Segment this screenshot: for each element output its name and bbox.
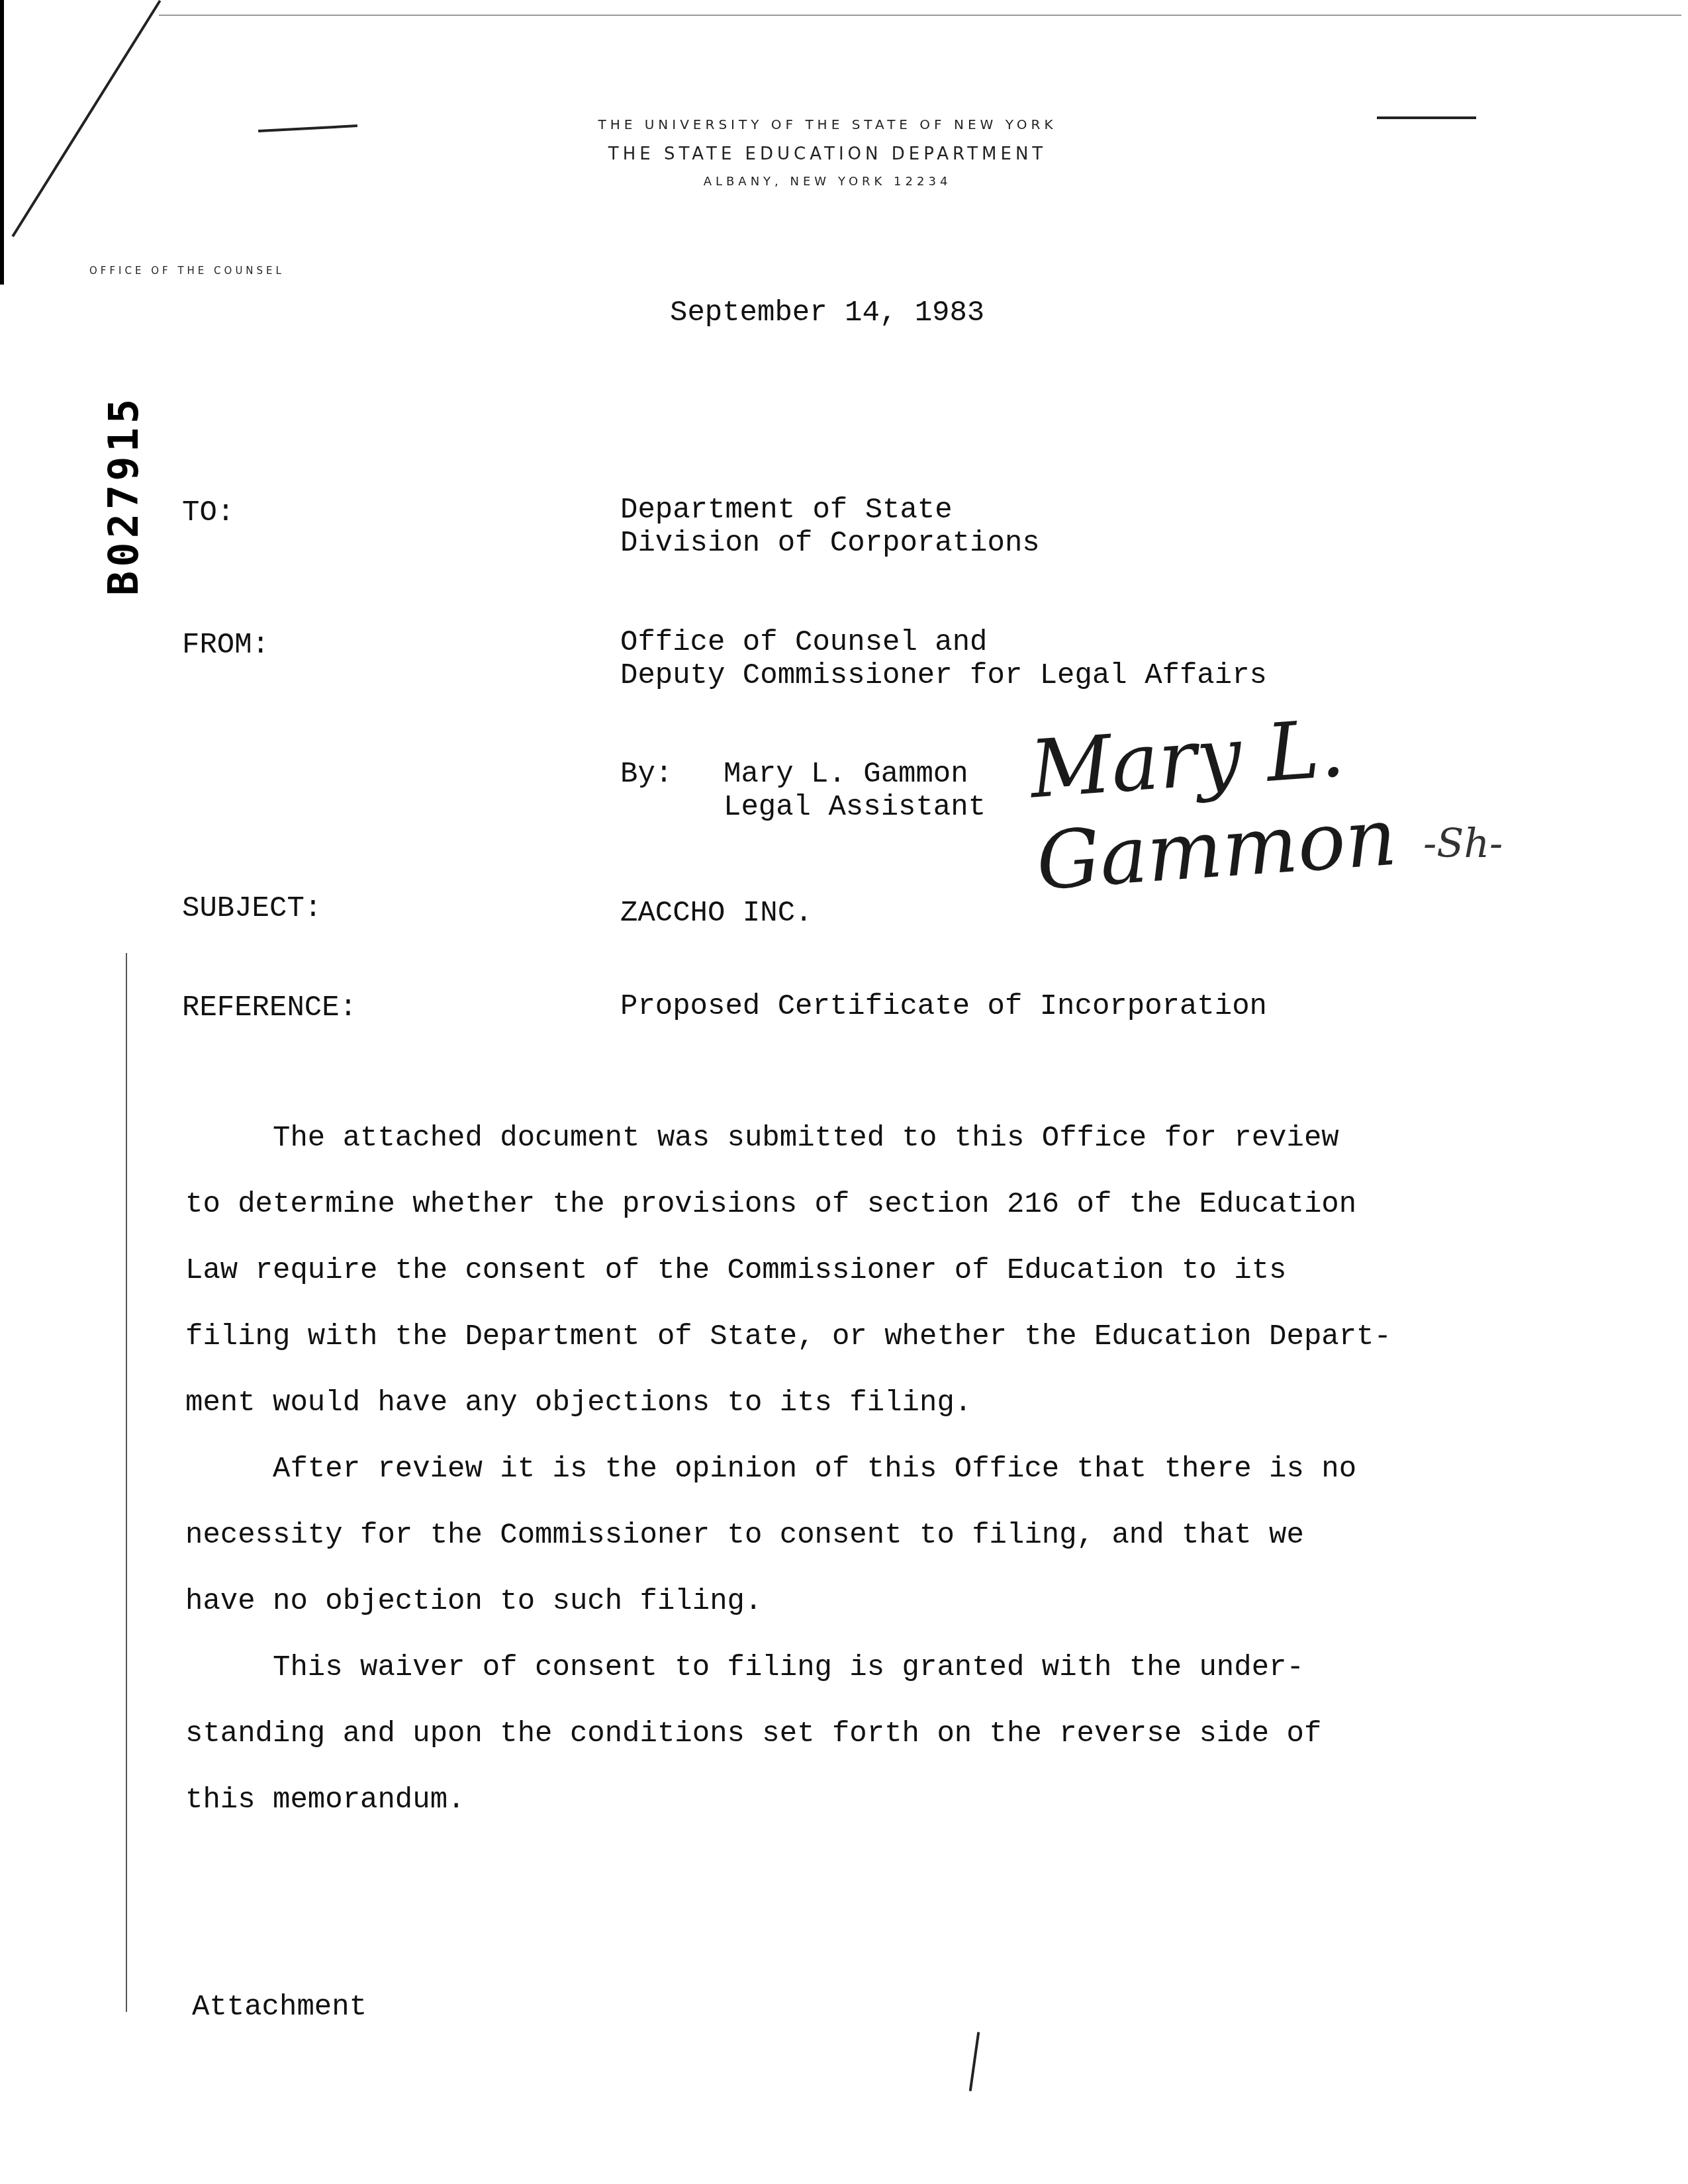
to-line-1: Department of State [620, 494, 953, 527]
header-dash-right [1377, 116, 1476, 119]
signature: Mary L. Gammon [1027, 679, 1688, 908]
subject-value: ZACCHO INC. [620, 897, 812, 930]
reference-value: Proposed Certificate of Incorporation [620, 990, 1267, 1023]
body-line: necessity for the Commissioner to consen… [185, 1519, 1304, 1552]
body-line: Law require the consent of the Commissio… [185, 1254, 1286, 1287]
body-line: to determine whether the provisions of s… [185, 1188, 1356, 1221]
pen-mark [969, 2032, 980, 2091]
memo-date: September 14, 1983 [670, 296, 984, 330]
office-of-counsel: OFFICE OF THE COUNSEL [89, 265, 285, 277]
body-line: After review it is the opinion of this O… [185, 1453, 1356, 1486]
signature-initials: -Sh- [1423, 821, 1503, 867]
from-line-1: Office of Counsel and [620, 626, 988, 659]
attachment-label: Attachment [192, 1991, 367, 2024]
scan-edge-line [0, 0, 4, 285]
body-line: filing with the Department of State, or … [185, 1320, 1391, 1353]
scan-diagonal-mark [11, 0, 161, 237]
letterhead-address: ALBANY, NEW YORK 12234 [530, 175, 1125, 189]
body-line: The attached document was submitted to t… [185, 1122, 1339, 1155]
letterhead-department: THE STATE EDUCATION DEPARTMENT [530, 144, 1125, 164]
by-label: By: [620, 758, 673, 791]
document-stamp-number: B027915 [99, 395, 148, 596]
to-line-2: Division of Corporations [620, 527, 1040, 560]
header-dash-left [258, 124, 357, 132]
letterhead-university: THE UNIVERSITY OF THE STATE OF NEW YORK [530, 116, 1125, 132]
top-border-line [159, 15, 1681, 16]
body-line: this memorandum. [185, 1784, 465, 1817]
margin-line [126, 953, 127, 2012]
from-label: FROM: [182, 629, 269, 662]
by-name: Mary L. Gammon [724, 758, 968, 791]
body-line: This waiver of consent to filing is gran… [185, 1651, 1304, 1684]
subject-label: SUBJECT: [182, 892, 322, 925]
by-title: Legal Assistant [724, 791, 986, 824]
body-line: have no objection to such filing. [185, 1585, 762, 1618]
from-line-2: Deputy Commissioner for Legal Affairs [620, 659, 1267, 692]
body-line: ment would have any objections to its fi… [185, 1387, 972, 1420]
to-label: TO: [182, 496, 234, 529]
body-line: standing and upon the conditions set for… [185, 1717, 1321, 1751]
reference-label: REFERENCE: [182, 991, 357, 1024]
